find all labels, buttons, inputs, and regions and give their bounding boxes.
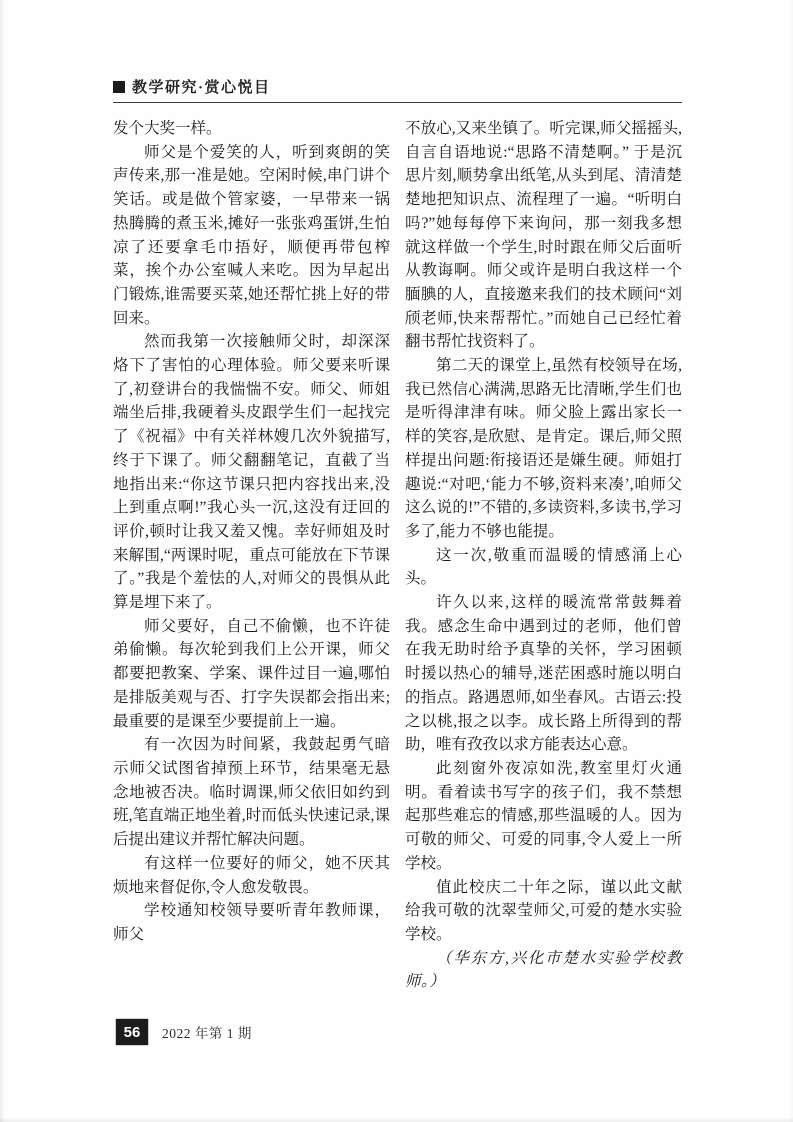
section-title: 教学研究·赏心悦目	[132, 76, 271, 97]
paragraph: 值此校庆二十年之际，谨以此文献给我可敬的沈翠莹师父,可爱的楚水实验学校。	[405, 876, 682, 947]
paragraph: 有一次因为时间紧，我鼓起勇气暗示师父试图省掉预上环节，结果毫无悬念地被否决。临时…	[113, 733, 390, 852]
black-square-marker-icon	[113, 81, 125, 93]
paragraph-continuation: 不放心,又来坐镇了。听完课,师父摇摇头,自言自语地说:“思路不清楚啊。” 于是沉…	[405, 117, 682, 354]
paragraph: 师父要好，自己不偷懒，也不许徒弟偷懒。每次轮到我们上公开课，师父都要把教案、学案…	[113, 615, 390, 734]
paragraph: 师父是个爱笑的人，听到爽朗的笑声传来,那一准是她。空闲时候,串门讲个笑话。或是做…	[113, 141, 390, 331]
paragraph: 第二天的课堂上,虽然有校领导在场,我已然信心满满,思路无比清晰,学生们也是听得津…	[405, 354, 682, 544]
issue-label: 2022 年第 1 期	[162, 1022, 252, 1042]
page-content: 教学研究·赏心悦目 发个大奖一样。 师父是个爱笑的人，听到爽朗的笑声传来,那一准…	[113, 78, 682, 994]
paragraph: 学校通知校领导要听青年教师课，师父	[113, 899, 390, 946]
paragraph: 然而我第一次接触师父时，却深深烙下了害怕的心理体验。师父要来听课了,初登讲台的我…	[113, 330, 390, 614]
magazine-page: 教学研究·赏心悦目 发个大奖一样。 师父是个爱笑的人，听到爽朗的笑声传来,那一准…	[0, 0, 793, 1122]
article-body: 发个大奖一样。 师父是个爱笑的人，听到爽朗的笑声传来,那一准是她。空闲时候,串门…	[113, 117, 682, 994]
paragraph: 许久以来,这样的暖流常常鼓舞着我。感念生命中遇到过的老师，他们曾在我无助时给予真…	[405, 591, 682, 757]
right-column: 不放心,又来坐镇了。听完课,师父摇摇头,自言自语地说:“思路不清楚啊。” 于是沉…	[405, 117, 682, 994]
page-footer: 56 2022 年第 1 期	[116, 1019, 252, 1045]
section-header: 教学研究·赏心悦目	[113, 78, 682, 95]
paragraph-continuation: 发个大奖一样。	[113, 117, 390, 141]
paragraph: 这一次,敬重而温暖的情感涌上心头。	[405, 544, 682, 591]
paragraph: 此刻窗外夜凉如洗,教室里灯火通明。看着读书写字的孩子们，我不禁想起那些难忘的情感…	[405, 757, 682, 876]
paragraph: 有这样一位要好的师父，她不厌其烦地来督促你,令人愈发敬畏。	[113, 852, 390, 899]
page-number-badge: 56	[116, 1019, 148, 1045]
left-column: 发个大奖一样。 师父是个爱笑的人，听到爽朗的笑声传来,那一准是她。空闲时候,串门…	[113, 117, 390, 994]
author-byline: （华东方,兴化市楚水实验学校教师。）	[405, 947, 682, 994]
header-rule	[113, 102, 682, 103]
